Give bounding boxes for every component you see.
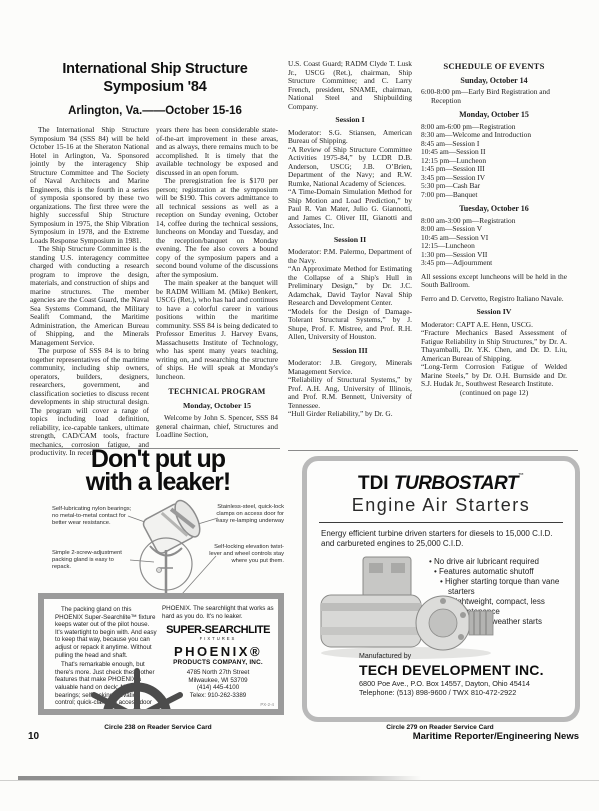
phoenix-tagline: PHOENIX. The searchlight that works as h… (162, 605, 274, 620)
phoenix-address: 4785 North 27th StreetMilwaukee, WI 5370… (162, 669, 274, 699)
magazine-page: International Ship Structure Symposium '… (0, 0, 599, 811)
tdi-address: 6800 Poe Ave., P.O. Box 14557, Dayton, O… (359, 679, 530, 697)
article-title-line1: International Ship Structure (30, 60, 280, 78)
callout-top-left: Self-lubricating nylon bearings; no meta… (52, 506, 132, 527)
super-searchlite-logo: SUPER-SEARCHLITE (162, 624, 274, 636)
schedule-line: 6:00-8:00 pm—Early Bird Registration and… (421, 88, 567, 105)
schedule-monday-heading: Monday, October 15 (421, 111, 567, 120)
address-line: (414) 445-4100 (162, 684, 274, 692)
schedule-line: 7:00 pm—Banquet (421, 191, 567, 200)
reader-service-note-left: Circle 238 on Reader Service Card (30, 724, 286, 731)
manufactured-by-label: Manufactured by (359, 653, 411, 660)
paragraph: The preregistration fee is $170 per pers… (156, 177, 278, 279)
article-column-4-schedule: SCHEDULE OF EVENTS Sunday, October 14 6:… (421, 60, 567, 452)
article-column-1: The International Ship Structure Symposi… (30, 126, 149, 456)
paragraph: Ferro and D. Cervetto, Registro Italiano… (421, 295, 567, 304)
schedule-note: All sessions except luncheons will be he… (421, 273, 567, 290)
tdi-ad-box: TDI TURBOSTART™ Engine Air Starters Ener… (302, 456, 580, 722)
callout-top-right: Stainless-steel, quick-lock clamps on ac… (210, 504, 284, 525)
paragraph: “Long-Term Corrosion Fatigue of Welded M… (421, 363, 567, 389)
tdi-turbostart-logo: TDI TURBOSTART™ (307, 473, 575, 495)
schedule-line: 3:45 pm—Adjournment (421, 259, 567, 268)
paragraph: “Models for the Design of Damage-Toleran… (288, 308, 412, 342)
phoenix-brand-block: PHOENIX. The searchlight that works as h… (162, 605, 274, 700)
schedule-tuesday-list: 8:00 am-3:00 pm—Registration8:00 am—Sess… (421, 217, 567, 268)
phoenix-ad-box: The packing gland on this PHOENIX Super-… (38, 593, 284, 715)
paragraph: Moderator: P.M. Palermo, Department of t… (288, 248, 412, 265)
session-2-heading: Session II (288, 236, 412, 245)
paragraph: The purpose of SSS 84 is to bring togeth… (30, 347, 149, 456)
paragraph: The Ship Structure Committee is the stan… (30, 245, 149, 347)
continued-note: (continued on page 12) (421, 389, 567, 398)
session-3-heading: Session III (288, 347, 412, 356)
article-column-2: years there has been considerable state-… (156, 126, 278, 456)
article-subtitle: Arlington, Va.——October 15-16 (30, 105, 280, 117)
paragraph: “A Time-Domain Simulation Method for Shi… (288, 188, 412, 231)
paragraph: The main speaker at the banquet will be … (156, 279, 278, 381)
paragraph: “Hull Girder Reliability,” by Dr. G. (288, 410, 412, 419)
paragraph: “Reliability of Structural Systems,” by … (288, 376, 412, 410)
journal-name: Maritime Reporter/Engineering News (413, 731, 579, 742)
paragraph: Welcome by John S. Spencer, SSS 84 gener… (156, 414, 278, 440)
callout-mid-left: Simple 2-screw-adjustment packing gland … (52, 550, 132, 571)
reader-service-note-right: Circle 279 on Reader Service Card (300, 724, 580, 731)
callout-mid-right: Self-locking elevation twist-lever and w… (204, 544, 284, 565)
address-line: 4785 North 27th Street (162, 669, 274, 677)
schedule-sunday-heading: Sunday, October 14 (421, 77, 567, 86)
paragraph: “A Review of Ship Structure Committee Ac… (288, 146, 412, 189)
scan-artifact-line (0, 780, 599, 781)
tdi-rule (319, 522, 563, 523)
address-line: Telex: 910-262-3389 (162, 692, 274, 700)
page-number: 10 (28, 731, 39, 742)
article-title-block: International Ship Structure Symposium '… (30, 60, 280, 117)
phoenix-headline: Don't put up with a leaker! (30, 448, 286, 494)
super-searchlite-logo-sub: FIXTURES (162, 636, 274, 641)
paragraph: years there has been considerable state-… (156, 126, 278, 177)
session-4-heading: Session IV (421, 308, 567, 317)
paragraph: Moderator: J.B. Gregory, Minerals Manage… (288, 359, 412, 376)
phoenix-logo-sub: PRODUCTS COMPANY, INC. (162, 659, 274, 666)
schedule-monday-list: 8:00 am-6:00 pm—Registration8:30 am—Welc… (421, 123, 567, 200)
schedule-heading: SCHEDULE OF EVENTS (421, 62, 567, 71)
session-1-heading: Session I (288, 116, 412, 125)
tdi-ad: TDI TURBOSTART™ Engine Air Starters Ener… (300, 450, 580, 718)
section-heading-technical-program: TECHNICAL PROGRAM (156, 388, 278, 397)
tech-development-logo: TECH DEVELOPMENT INC. (359, 662, 544, 678)
phoenix-ad: Don't put up with a leaker! (30, 448, 286, 720)
ad-code: PX-2-4 (260, 702, 274, 707)
paragraph: “Fracture Mechanics Based Assessment of … (421, 329, 567, 363)
phoenix-logo: PHOENIX® (162, 644, 274, 659)
tdi-intro-copy: Energy efficient turbine driven starters… (321, 529, 561, 549)
schedule-tuesday-heading: Tuesday, October 16 (421, 205, 567, 214)
paragraph: “An Approximate Method for Estimating th… (288, 265, 412, 308)
paragraph: Moderator: S.G. Stiansen, American Burea… (288, 129, 412, 146)
article-title-line2: Symposium '84 (30, 78, 280, 96)
paragraph: The International Ship Structure Symposi… (30, 126, 149, 245)
tdi-subtitle: Engine Air Starters (307, 495, 575, 516)
engine-starter-illustration (311, 551, 501, 661)
section-heading-monday: Monday, October 15 (156, 402, 278, 411)
article-column-3: U.S. Coast Guard; RADM Clyde T. Lusk Jr.… (288, 60, 412, 452)
paragraph: U.S. Coast Guard; RADM Clyde T. Lusk Jr.… (288, 60, 412, 111)
address-line: Milwaukee, WI 53709 (162, 677, 274, 685)
